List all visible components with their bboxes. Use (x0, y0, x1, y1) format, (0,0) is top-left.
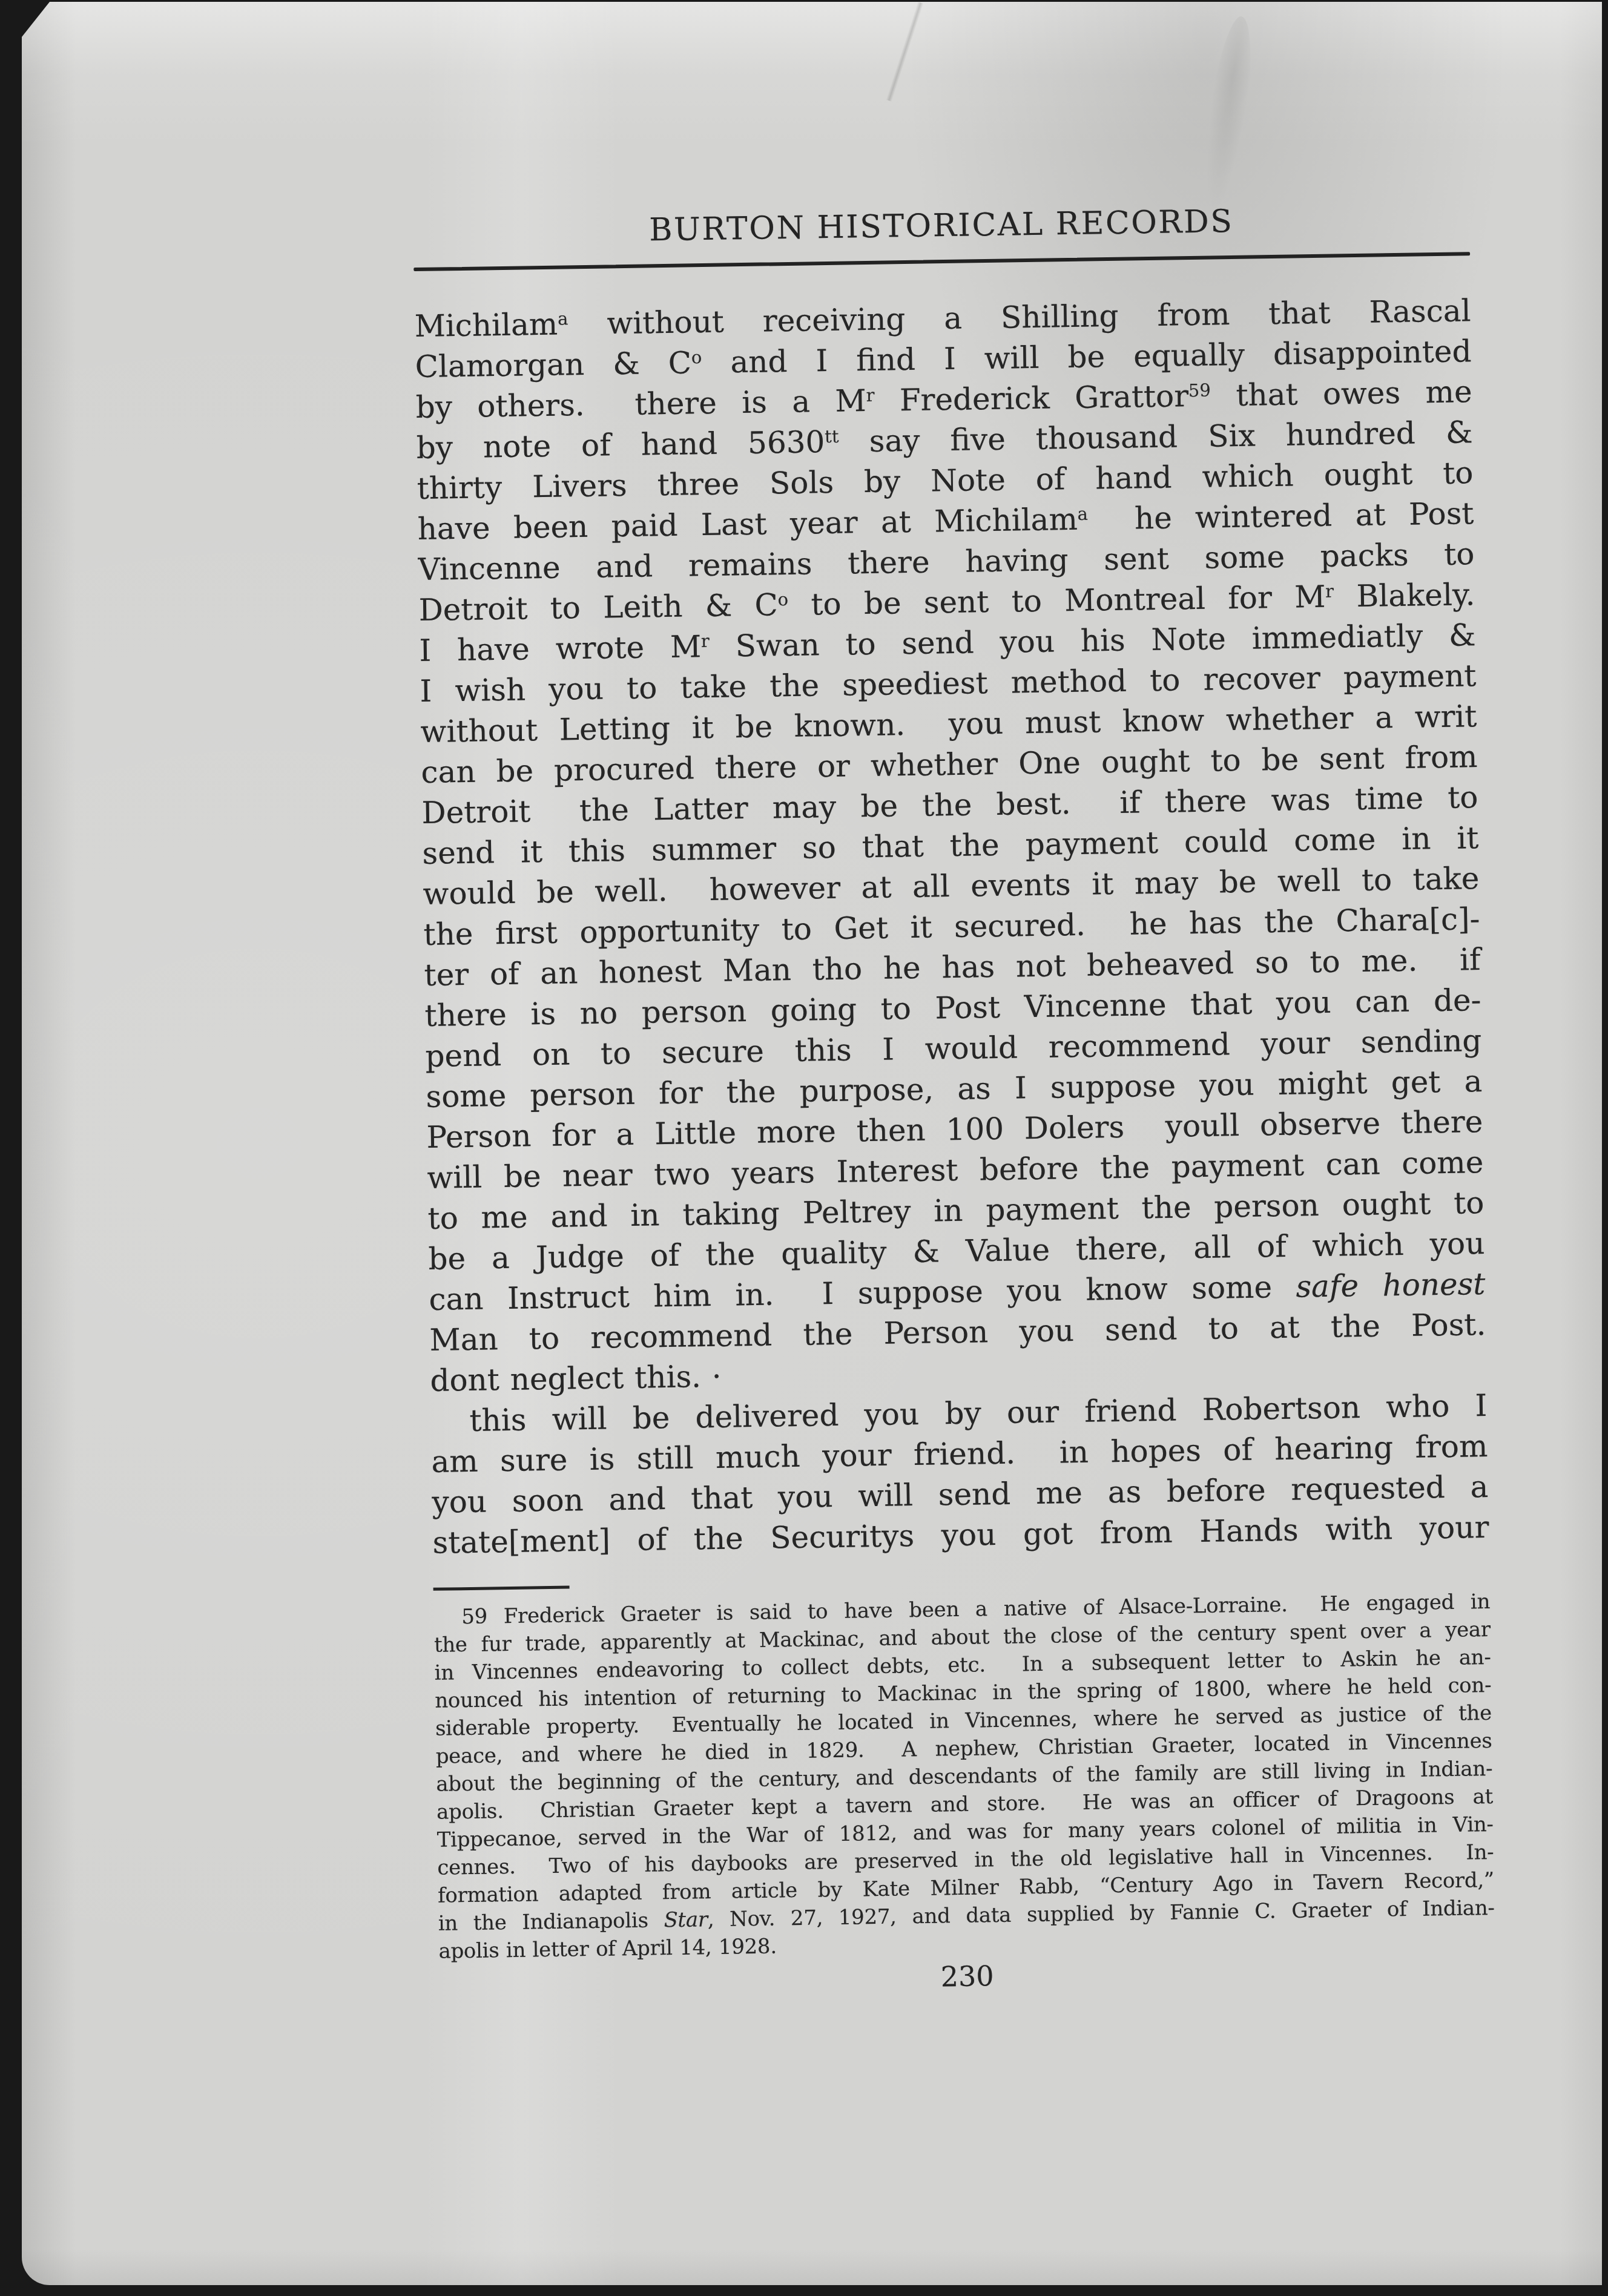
header-rule (414, 252, 1470, 271)
letter-body: Michilama without receiving a Shilling f… (414, 291, 1489, 1564)
footnote: 59 Frederick Graeter is said to have bee… (433, 1588, 1495, 1965)
page-content: BURTON HISTORICAL RECORDS Michilama with… (410, 0, 1496, 2001)
running-head: BURTON HISTORICAL RECORDS (413, 203, 1470, 249)
paper-sheet: BURTON HISTORICAL RECORDS Michilama with… (22, 2, 1602, 2285)
scanned-book-page: BURTON HISTORICAL RECORDS Michilama with… (0, 0, 1608, 2296)
footnote-rule (433, 1586, 570, 1591)
